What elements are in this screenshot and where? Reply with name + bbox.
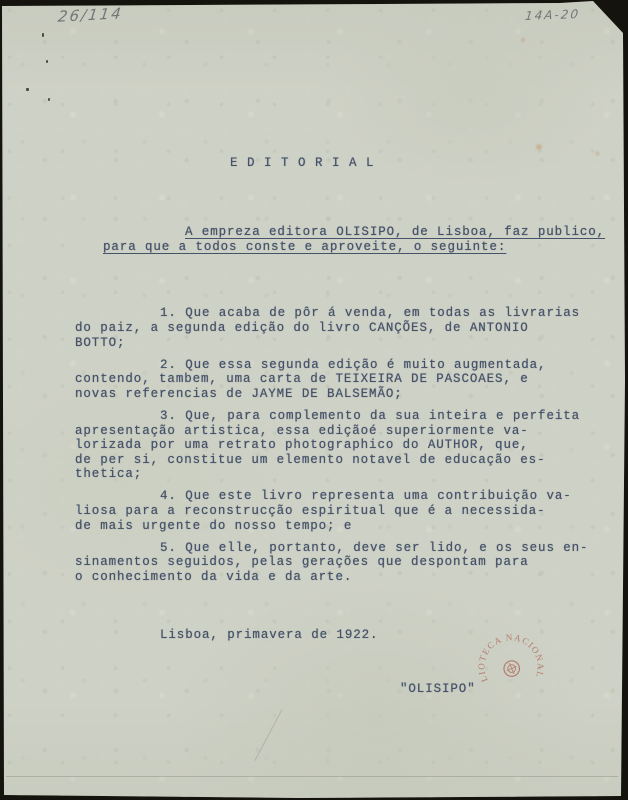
paper-crease <box>6 776 618 777</box>
typed-line: apresentação artistica, essa ediçãoé sup… <box>75 424 567 439</box>
typed-line: sinamentos seguidos, pelas gerações que … <box>75 555 567 570</box>
typed-line: de per si, constitue um elemento notavel… <box>75 453 567 468</box>
paragraph: 4. Que este livro representa uma contrib… <box>75 489 567 533</box>
rust-stain <box>519 37 527 43</box>
typed-line: liosa para a reconstrucção espiritual qu… <box>75 504 567 519</box>
intro-statement: A empreza editora OLISIPO, de Lisboa, fa… <box>103 225 567 254</box>
dust-speck <box>26 88 29 91</box>
document-title: E D I T O R I A L <box>230 156 567 171</box>
typed-line: A empreza editora OLISIPO, de Lisboa, fa… <box>185 225 567 240</box>
paragraph: 2. Que essa segunda edição é muito augme… <box>75 358 567 402</box>
typed-line: 1. Que acaba de pôr á venda, em todas as… <box>160 306 567 321</box>
typed-line: para que a todos conste e aproveite, o s… <box>103 240 567 255</box>
catalog-code-annotation: 14A-20 <box>524 7 581 23</box>
typed-line: 4. Que este livro representa uma contrib… <box>160 489 567 504</box>
scanned-document-page: { "annotations": { "top_left": "26/114",… <box>0 0 628 800</box>
dust-speck <box>46 60 48 63</box>
typed-line: contendo, tambem, uma carta de TEIXEIRA … <box>75 372 567 387</box>
typed-line: lorizada por uma retrato photographico d… <box>75 438 567 453</box>
dust-speck <box>42 33 44 37</box>
paper-sheet: 26/114 14A-20 E D I T O R I A L A emprez… <box>0 0 628 800</box>
typed-line: novas referencias de JAYME DE BALSEMÃO; <box>75 387 567 402</box>
typed-line: do paiz, a segunda edição do livro CANÇÕ… <box>75 321 567 336</box>
typed-line: 5. Que elle, portanto, deve ser lido, e … <box>160 541 567 556</box>
typed-line: de mais urgente do nosso tempo; e <box>75 519 567 534</box>
typed-line: 2. Que essa segunda edição é muito augme… <box>160 358 567 373</box>
paragraph: 5. Que elle, portanto, deve ser lido, e … <box>75 541 567 585</box>
paragraph: 3. Que, para complemento da sua inteira … <box>75 409 567 482</box>
archival-number-annotation: 26/114 <box>57 4 124 26</box>
dust-speck <box>48 98 50 101</box>
typed-line: 3. Que, para complemento da sua inteira … <box>160 409 567 424</box>
paragraph: 1. Que acaba de pôr á venda, em todas as… <box>75 306 567 350</box>
typed-line: o conhecimento da vida e da arte. <box>75 570 567 585</box>
typed-line: thetica; <box>75 467 567 482</box>
typed-line: BOTTO; <box>75 336 567 351</box>
paragraphs-container: 1. Que acaba de pôr á venda, em todas as… <box>75 306 567 584</box>
rust-stain <box>594 150 601 157</box>
